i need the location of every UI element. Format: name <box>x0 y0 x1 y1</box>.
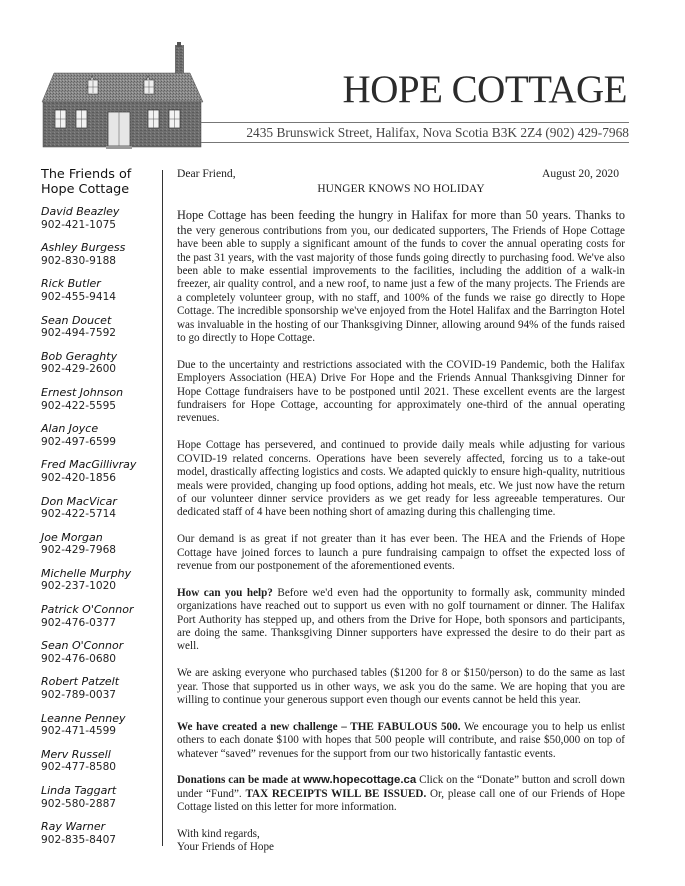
member-name: David Beazley <box>41 206 161 219</box>
member-name: Ernest Johnson <box>41 387 161 400</box>
salutation-row: Dear Friend, August 20, 2020 <box>177 167 625 181</box>
member-entry: Don MacVicar902-422-5714 <box>41 496 161 521</box>
letter-body: Dear Friend, August 20, 2020 HUNGER KNOW… <box>177 167 625 868</box>
member-name: Alan Joyce <box>41 423 161 436</box>
signature: Your Friends of Hope <box>177 841 274 853</box>
member-phone: 902-429-7968 <box>41 544 161 557</box>
member-entry: Ashley Burgess902-830-9188 <box>41 242 161 267</box>
letter-headline: HUNGER KNOWS NO HOLIDAY <box>177 183 625 196</box>
paragraph-history: Hope Cottage has been feeding the hungry… <box>177 209 625 345</box>
member-entry: Joe Morgan902-429-7968 <box>41 532 161 557</box>
member-entry: Leanne Penney902-471-4599 <box>41 713 161 738</box>
member-phone: 902-421-1075 <box>41 219 161 232</box>
member-entry: Sean Doucet902-494-7592 <box>41 315 161 340</box>
paragraph-how-to-help: How can you help? Before we'd even had t… <box>177 587 625 654</box>
member-name: Leanne Penney <box>41 713 161 726</box>
closing-line: With kind regards, <box>177 828 260 840</box>
member-phone: 902-422-5595 <box>41 400 161 413</box>
member-name: Bob Geraghty <box>41 351 161 364</box>
sidebar-heading: The Friends of Hope Cottage <box>41 167 161 197</box>
member-phone: 902-494-7592 <box>41 327 161 340</box>
paragraph-donations: Donations can be made at www.hopecottage… <box>177 774 625 814</box>
member-name: Sean Doucet <box>41 315 161 328</box>
address-bar: 2435 Brunswick Street, Halifax, Nova Sco… <box>201 122 629 143</box>
paragraph-covid-postponement: Due to the uncertainty and restrictions … <box>177 359 625 426</box>
donation-website-link[interactable]: www.hopecottage.ca <box>303 774 416 786</box>
member-entry: Fred MacGillivray902-420-1856 <box>41 459 161 484</box>
member-phone: 902-835-8407 <box>41 834 161 847</box>
member-name: Michelle Murphy <box>41 568 161 581</box>
member-phone: 902-476-0680 <box>41 653 161 666</box>
member-phone: 902-422-5714 <box>41 508 161 521</box>
member-entry: Patrick O'Connor902-476-0377 <box>41 604 161 629</box>
member-entry: Michelle Murphy902-237-1020 <box>41 568 161 593</box>
organization-title: HOPE COTTAGE <box>343 70 627 109</box>
member-entry: David Beazley902-421-1075 <box>41 206 161 231</box>
member-name: Patrick O'Connor <box>41 604 161 617</box>
member-phone: 902-471-4599 <box>41 725 161 738</box>
organization-address: 2435 Brunswick Street, Halifax, Nova Sco… <box>246 125 629 141</box>
member-name: Rick Butler <box>41 278 161 291</box>
member-name: Robert Patzelt <box>41 676 161 689</box>
paragraph-challenge: We have created a new challenge – THE FA… <box>177 721 625 761</box>
member-entry: Robert Patzelt902-789-0037 <box>41 676 161 701</box>
member-entry: Merv Russell902-477-8580 <box>41 749 161 774</box>
member-phone: 902-429-2600 <box>41 363 161 376</box>
member-phone: 902-497-6599 <box>41 436 161 449</box>
member-name: Sean O'Connor <box>41 640 161 653</box>
member-phone: 902-476-0377 <box>41 617 161 630</box>
member-entry: Rick Butler902-455-9414 <box>41 278 161 303</box>
member-phone: 902-477-8580 <box>41 761 161 774</box>
member-entry: Bob Geraghty902-429-2600 <box>41 351 161 376</box>
member-phone: 902-830-9188 <box>41 255 161 268</box>
member-name: Linda Taggart <box>41 785 161 798</box>
member-phone: 902-789-0037 <box>41 689 161 702</box>
member-entry: Sean O'Connor902-476-0680 <box>41 640 161 665</box>
member-phone: 902-237-1020 <box>41 580 161 593</box>
member-phone: 902-580-2887 <box>41 798 161 811</box>
member-name: Fred MacGillivray <box>41 459 161 472</box>
member-name: Don MacVicar <box>41 496 161 509</box>
member-name: Ray Warner <box>41 821 161 834</box>
member-name: Ashley Burgess <box>41 242 161 255</box>
member-name: Merv Russell <box>41 749 161 762</box>
paragraph-demand: Our demand is as great if not greater th… <box>177 533 625 573</box>
friends-sidebar: The Friends of Hope Cottage David Beazle… <box>41 167 161 857</box>
sidebar-divider <box>162 170 163 846</box>
salutation: Dear Friend, <box>177 167 236 180</box>
closing: With kind regards, Your Friends of Hope <box>177 828 625 855</box>
member-phone: 902-455-9414 <box>41 291 161 304</box>
paragraph-operations: Hope Cottage has persevered, and continu… <box>177 439 625 519</box>
member-entry: Linda Taggart902-580-2887 <box>41 785 161 810</box>
paragraph-tables: We are asking everyone who purchased tab… <box>177 667 625 707</box>
letter-date: August 20, 2020 <box>542 167 619 180</box>
member-phone: 902-420-1856 <box>41 472 161 485</box>
member-entry: Ray Warner902-835-8407 <box>41 821 161 846</box>
cottage-house-illustration-icon <box>40 40 205 152</box>
member-name: Joe Morgan <box>41 532 161 545</box>
member-entry: Alan Joyce902-497-6599 <box>41 423 161 448</box>
member-entry: Ernest Johnson902-422-5595 <box>41 387 161 412</box>
